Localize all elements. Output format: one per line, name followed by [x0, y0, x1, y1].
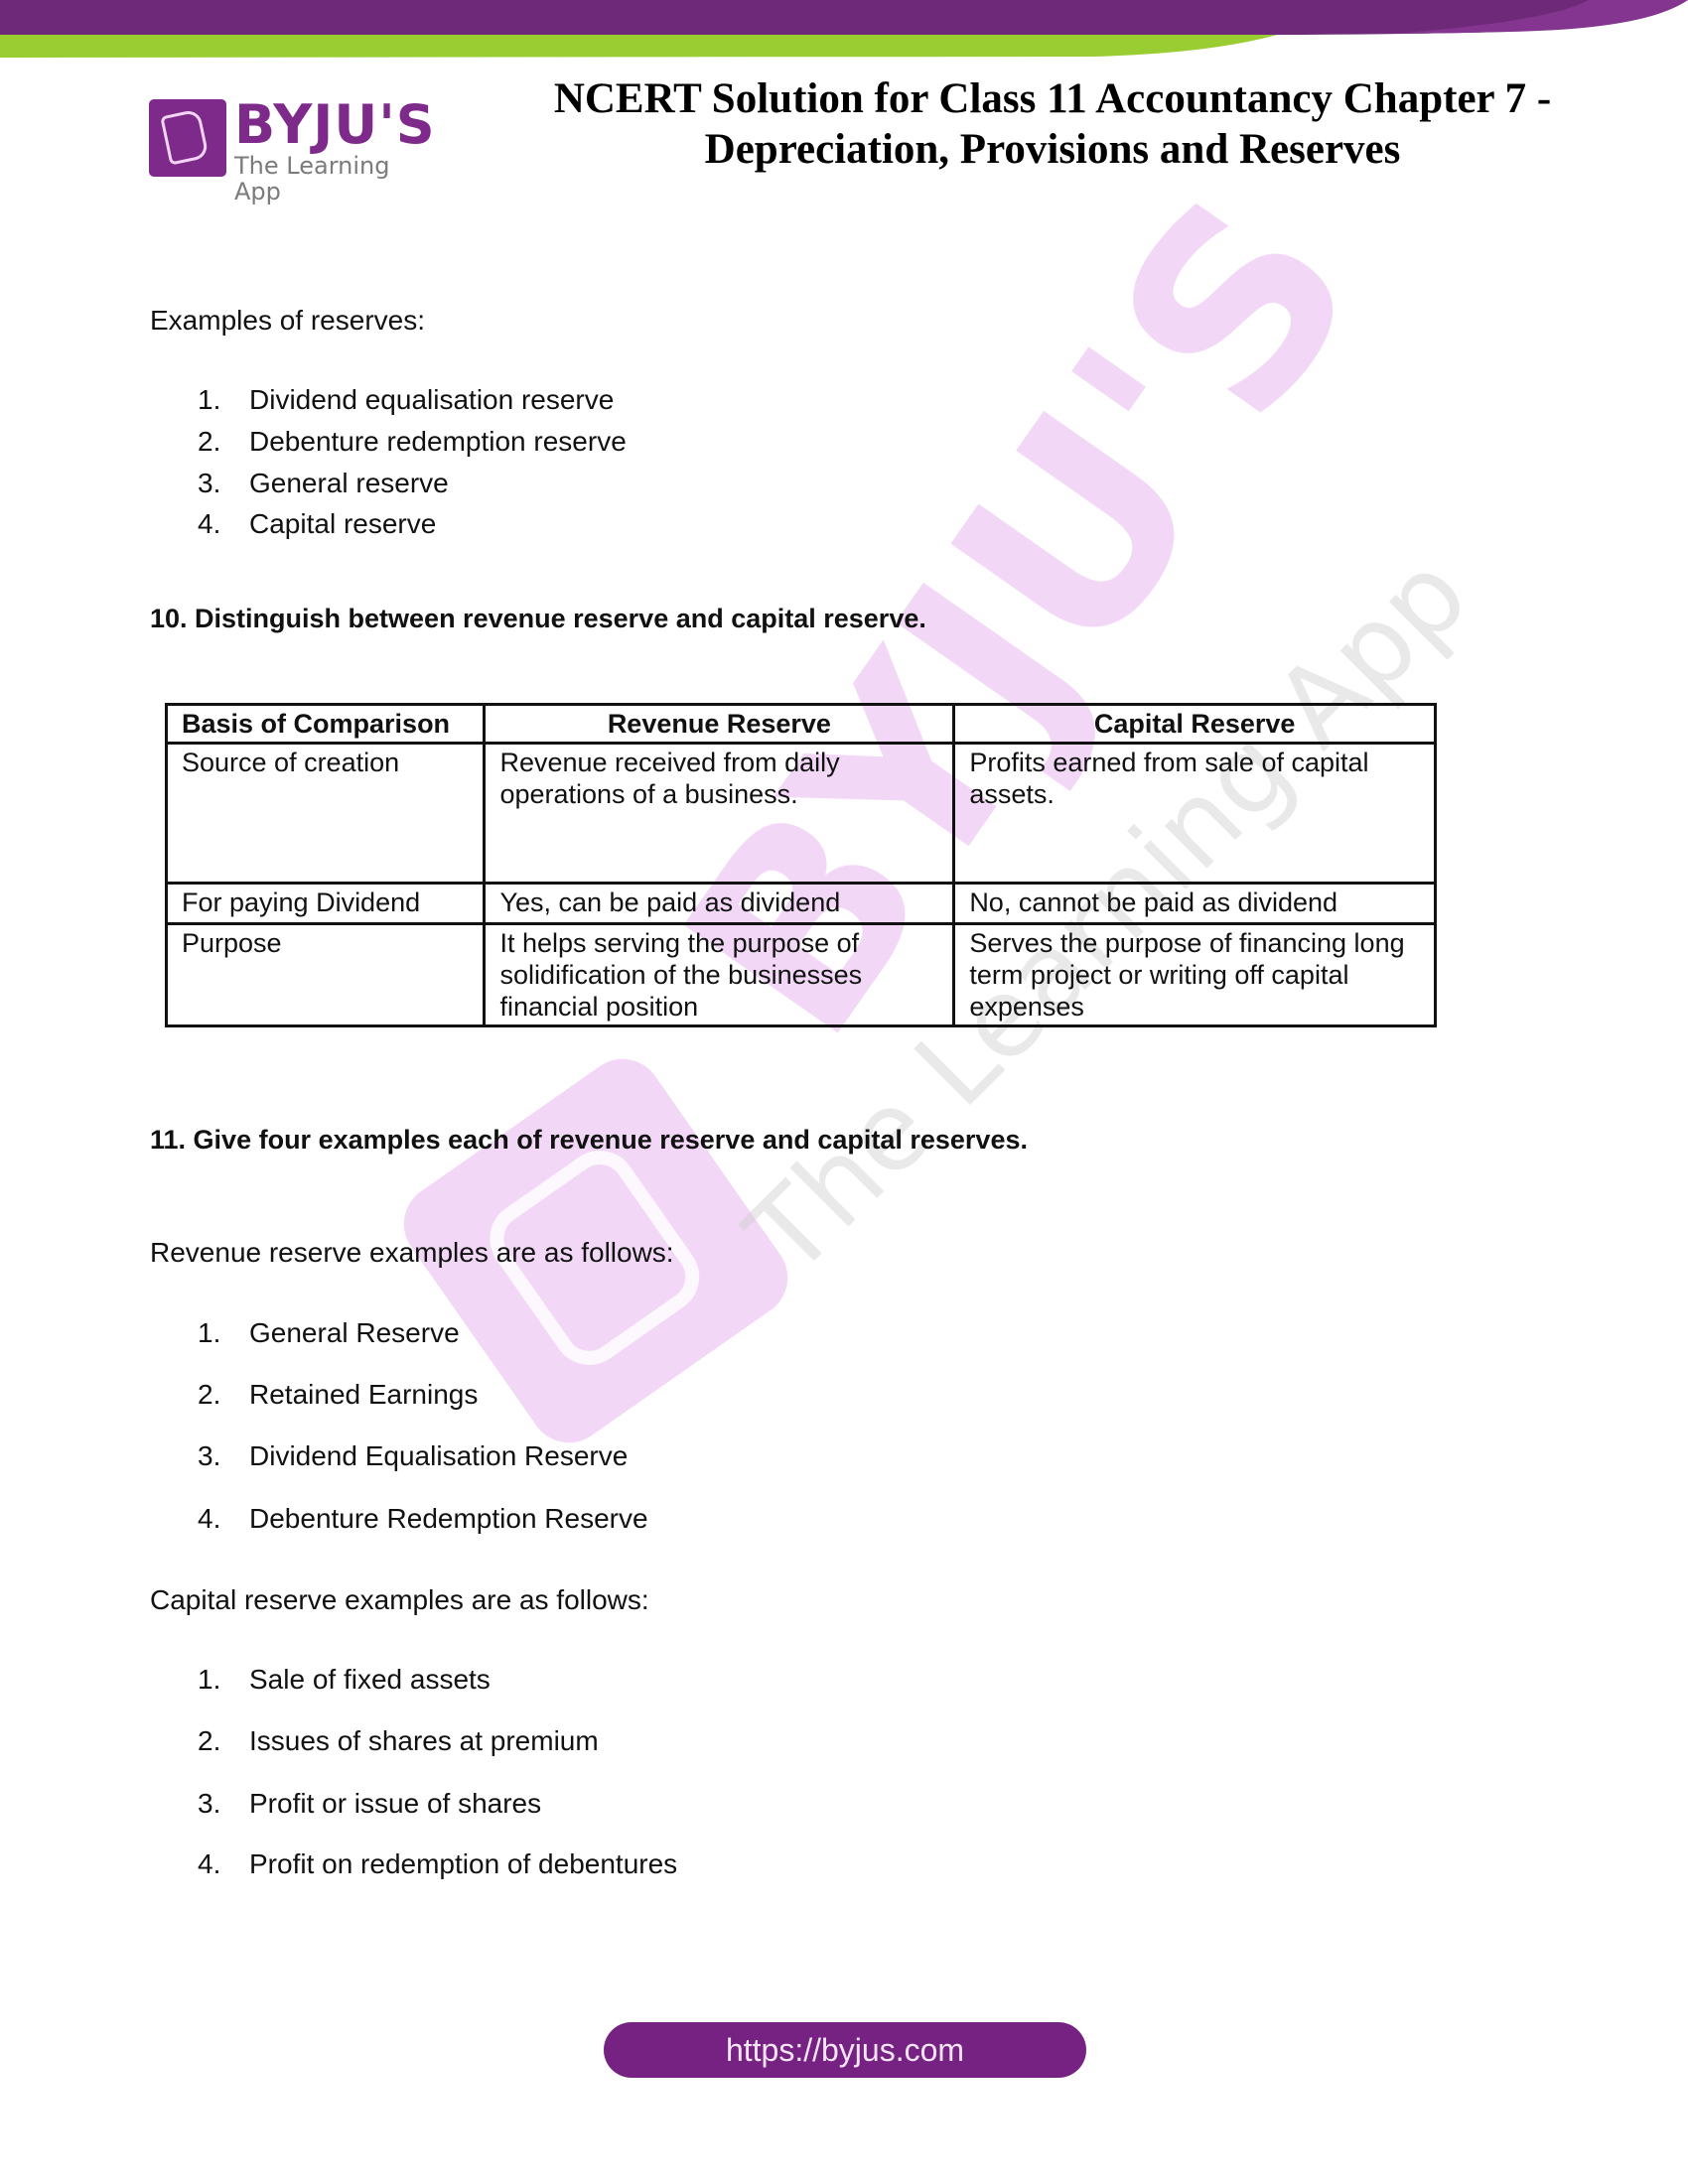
table-header-row: Basis of Comparison Revenue Reserve Capi… [167, 705, 1436, 744]
title-line-1: NCERT Solution for Class 11 Accountancy … [496, 73, 1609, 124]
footer-url-link[interactable]: https://byjus.com [604, 2022, 1086, 2078]
table-cell: Yes, can be paid as dividend [485, 884, 954, 924]
list-item: 3.General reserve [198, 467, 449, 500]
byjus-logo: BYJU'S The Learning App [149, 99, 437, 179]
logo-brand-name: BYJU'S [234, 95, 436, 155]
column-header: Capital Reserve [954, 705, 1436, 744]
question-10-heading: 10. Distinguish between revenue reserve … [150, 602, 926, 635]
title-line-2: Depreciation, Provisions and Reserves [496, 124, 1609, 175]
list-item: 4.Profit on redemption of debentures [198, 1847, 677, 1881]
header-banner [0, 0, 1688, 69]
table-cell: Profits earned from sale of capital asse… [954, 744, 1436, 884]
list-item: 4.Capital reserve [198, 507, 436, 541]
table-cell: Purpose [167, 924, 485, 1026]
list-item: 4.Debenture Redemption Reserve [198, 1502, 648, 1536]
table-cell: Serves the purpose of financing long ter… [954, 924, 1436, 1026]
table-cell: No, cannot be paid as dividend [954, 884, 1436, 924]
document-title: NCERT Solution for Class 11 Accountancy … [496, 73, 1609, 175]
logo-b-icon [149, 99, 226, 177]
comparison-table: Basis of Comparison Revenue Reserve Capi… [165, 703, 1437, 1027]
list-item: 2.Debenture redemption reserve [198, 425, 627, 459]
list-item: 3.Dividend Equalisation Reserve [198, 1439, 628, 1473]
table-cell: For paying Dividend [167, 884, 485, 924]
list-item: 1.Sale of fixed assets [198, 1663, 491, 1697]
reserves-intro: Examples of reserves: [150, 304, 425, 338]
table-cell: Revenue received from daily operations o… [485, 744, 954, 884]
list-item: 2.Retained Earnings [198, 1378, 478, 1412]
list-item: 1.General Reserve [198, 1316, 460, 1350]
table-row: Purpose It helps serving the purpose of … [167, 924, 1436, 1026]
list-item: 3.Profit or issue of shares [198, 1787, 541, 1821]
logo-tagline: The Learning App [234, 153, 437, 205]
revenue-reserve-intro: Revenue reserve examples are as follows: [150, 1236, 674, 1270]
table-cell: Source of creation [167, 744, 485, 884]
table-row: Source of creation Revenue received from… [167, 744, 1436, 884]
list-item: 1.Dividend equalisation reserve [198, 383, 614, 417]
column-header: Basis of Comparison [167, 705, 485, 744]
capital-reserve-intro: Capital reserve examples are as follows: [150, 1583, 649, 1617]
question-11-heading: 11. Give four examples each of revenue r… [150, 1123, 1028, 1157]
table-cell: It helps serving the purpose of solidifi… [485, 924, 954, 1026]
table-row: For paying Dividend Yes, can be paid as … [167, 884, 1436, 924]
column-header: Revenue Reserve [485, 705, 954, 744]
list-item: 2.Issues of shares at premium [198, 1724, 599, 1758]
